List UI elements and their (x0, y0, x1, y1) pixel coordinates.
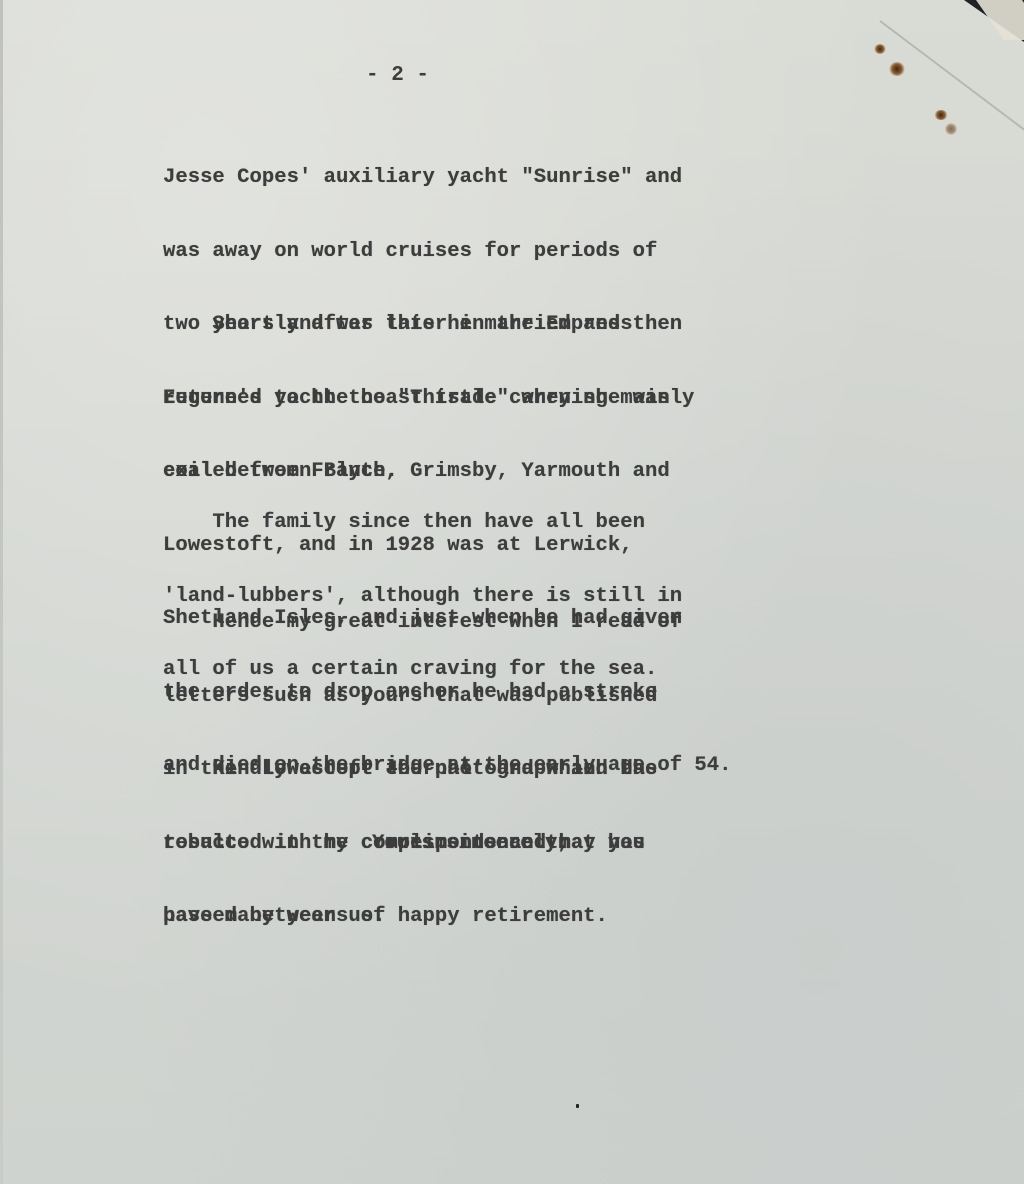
text-line: have many years of happy retirement. (163, 905, 883, 930)
text-line: returned to the coast trade carrying mai… (163, 387, 883, 412)
rust-stain (874, 44, 886, 54)
rust-stain (934, 110, 948, 120)
text-line: Jesse Copes' auxiliary yacht "Sunrise" a… (163, 166, 883, 191)
rust-stain (889, 62, 905, 76)
text-line: Kindly accept the photograph and the (163, 758, 883, 783)
text-line: The family since then have all been (163, 511, 883, 536)
text-line: Shortly after this he married and then (163, 313, 883, 338)
page-number: - 2 - (366, 64, 429, 87)
text-line: Hence my great interest when I read of (163, 611, 883, 636)
rust-stain (945, 123, 957, 135)
text-line: was away on world cruises for periods of (163, 240, 883, 265)
paper-edge (0, 0, 3, 1184)
ink-speck (576, 1104, 579, 1108)
text-line: letters such as yours that was published (163, 685, 883, 710)
closing-salutation: Yours sincerely, (372, 832, 1024, 857)
letter-page: - 2 - Jesse Copes' auxiliary yacht "Sunr… (0, 0, 1024, 1184)
